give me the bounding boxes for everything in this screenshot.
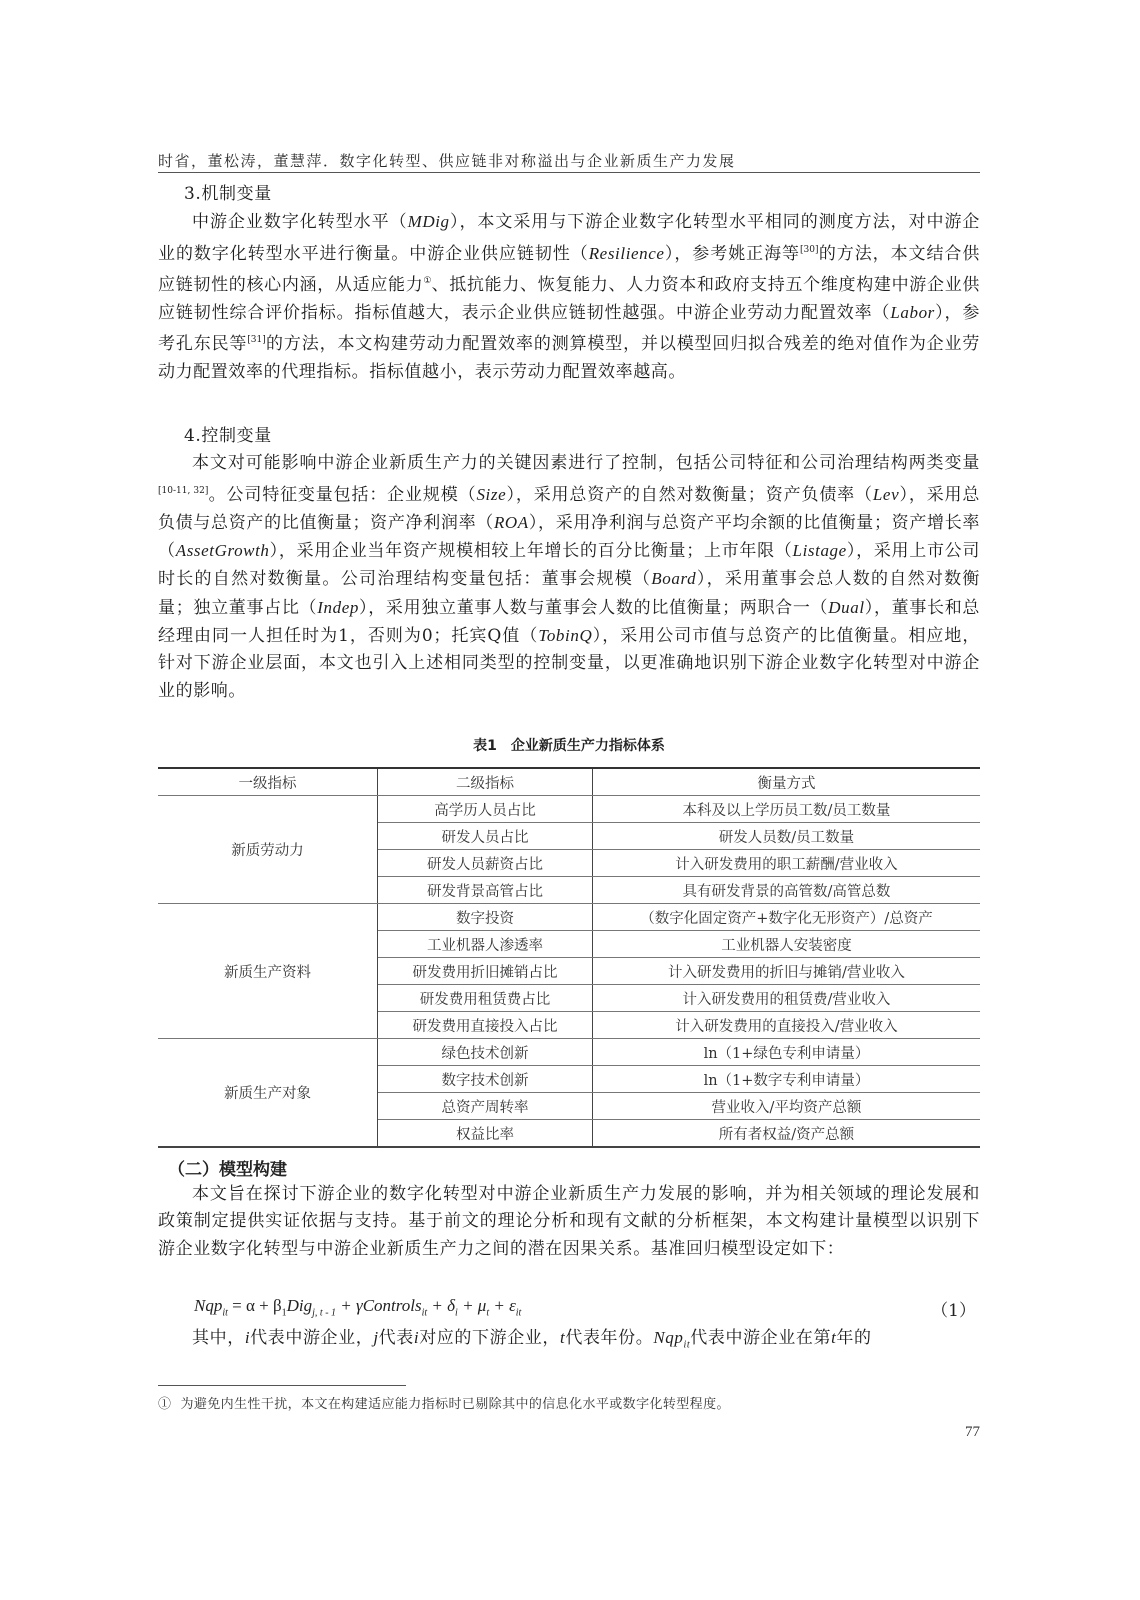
table-row: 新质劳动力 高学历人员占比 本科及以上学历员工数/员工数量 [158,796,980,823]
table-row: 新质生产资料 数字投资 （数字化固定资产+数字化无形资产）/总资产 [158,904,980,931]
page-number: 77 [955,1424,980,1441]
col-header-measure: 衡量方式 [593,768,981,796]
running-header: 时省，董松涛，董慧萍．数字化转型、供应链非对称溢出与企业新质生产力发展 [158,150,980,171]
footnote-text: 为避免内生性干扰，本文在构建适应能力指标时已剔除其中的信息化水平或数字化转型程度… [180,1397,729,1412]
paper-page: 时省，董松涛，董慧萍．数字化转型、供应链非对称溢出与企业新质生产力发展 3.机制… [0,0,1140,1600]
group-objects: 新质生产对象 [158,1039,378,1148]
group-labor: 新质劳动力 [158,796,378,904]
variable-definition-paragraph: 其中，i代表中游企业，j代表i对应的下游企业，t代表年份。Nqpit代表中游企业… [158,1324,980,1359]
table-row: 新质生产对象 绿色技术创新 ln（1+绿色专利申请量） [158,1039,980,1066]
citation-10-11-32[interactable]: [10-11, 32] [158,486,208,496]
footnote: ① 为避免内生性干扰，本文在构建适应能力指标时已剔除其中的信息化水平或数字化转型… [158,1393,730,1412]
footnote-rule [158,1385,406,1386]
footnote-marker: ① [158,1397,171,1412]
citation-30[interactable]: [30] [800,245,818,255]
controls-section: 4.控制变量 本文对可能影响中游企业新质生产力的关键因素进行了控制，包括公司特征… [158,423,980,705]
header-rule [158,172,980,173]
table-caption: 表1 企业新质生产力指标体系 [158,735,980,755]
indicator-table: 一级指标 二级指标 衡量方式 新质劳动力 高学历人员占比 本科及以上学历员工数/… [158,767,980,1148]
mechanism-paragraph: 中游企业数字化转型水平（MDig），本文采用与下游企业数字化转型水平相同的测度方… [158,208,980,386]
group-means: 新质生产资料 [158,904,378,1039]
mechanism-section: 3.机制变量 中游企业数字化转型水平（MDig），本文采用与下游企业数字化转型水… [158,181,980,386]
model-heading: （二）模型构建 [168,1155,287,1180]
model-paragraph: 本文旨在探讨下游企业的数字化转型对中游企业新质生产力发展的影响，并为相关领域的理… [158,1181,980,1263]
table-header-row: 一级指标 二级指标 衡量方式 [158,768,980,796]
col-header-level1: 一级指标 [158,768,378,796]
model-section: 本文旨在探讨下游企业的数字化转型对中游企业新质生产力发展的影响，并为相关领域的理… [158,1181,980,1263]
citation-31[interactable]: [31] [247,335,265,345]
model-explanation: 其中，i代表中游企业，j代表i对应的下游企业，t代表年份。Nqpit代表中游企业… [158,1324,980,1359]
col-header-level2: 二级指标 [378,768,593,796]
controls-heading: 4.控制变量 [158,423,980,450]
regression-equation: Nqpit = α + β1Digj, t - 1 + γControlsit … [194,1296,980,1322]
equation-number: （1） [931,1296,976,1321]
footnote-marker[interactable]: ① [423,276,431,286]
controls-paragraph: 本文对可能影响中游企业新质生产力的关键因素进行了控制，包括公司特征和公司治理结构… [158,450,980,705]
mechanism-heading: 3.机制变量 [158,181,980,208]
